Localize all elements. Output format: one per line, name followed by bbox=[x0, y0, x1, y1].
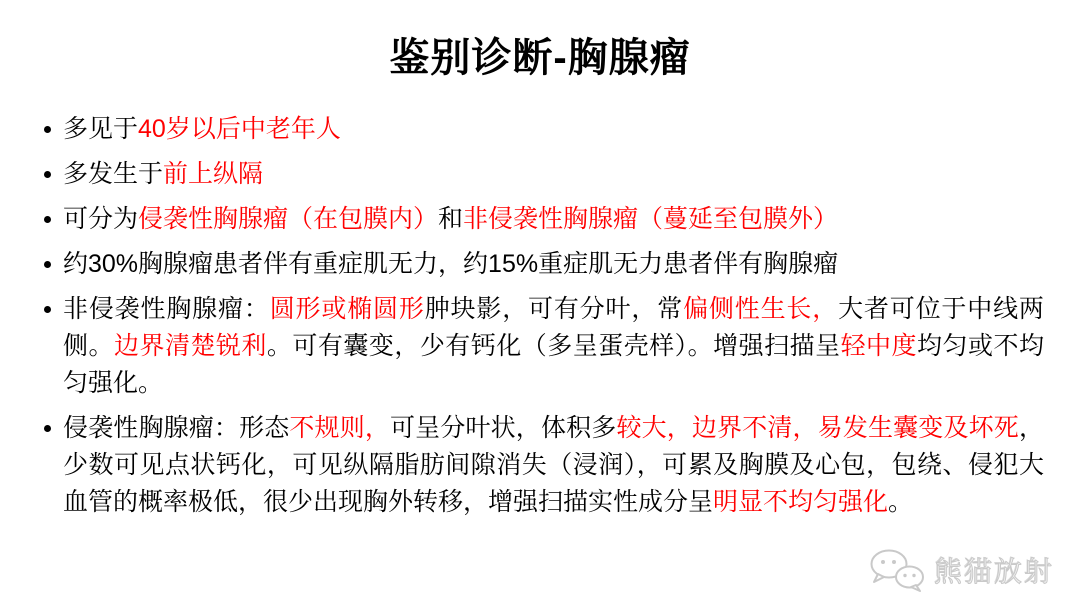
bullet-item: 约30%胸腺瘤患者伴有重症肌无力，约15%重症肌无力患者伴有胸腺瘤 bbox=[42, 246, 1044, 283]
text-run: 可呈分叶状，体积多 bbox=[390, 414, 616, 442]
text-run: 多见于 bbox=[63, 115, 138, 143]
watermark-label: 熊猫放射 bbox=[934, 550, 1054, 590]
text-run: 较大，边界不清，易发生囊变及坏死 bbox=[616, 414, 1019, 442]
bullet-item: 多见于40岁以后中老年人 bbox=[42, 111, 1044, 148]
bullet-item: 侵袭性胸腺瘤：形态不规则，可呈分叶状，体积多较大，边界不清，易发生囊变及坏死，少… bbox=[42, 410, 1044, 521]
text-run: 多发生于 bbox=[63, 160, 163, 188]
text-run: 明显不均匀强化 bbox=[713, 488, 888, 516]
text-run: 。可有囊变，少有钙化（多呈蛋壳样）。增强扫描呈 bbox=[267, 332, 841, 360]
text-run: 侵袭性胸腺瘤（在包膜内） bbox=[138, 205, 438, 233]
watermark: 熊猫放射 bbox=[868, 548, 1054, 592]
text-run: 圆形或椭圆形 bbox=[270, 295, 425, 323]
bullet-list: 多见于40岁以后中老年人多发生于前上纵隔可分为侵袭性胸腺瘤（在包膜内）和非侵袭性… bbox=[42, 111, 1044, 521]
text-run: 非侵袭性胸腺瘤： bbox=[63, 295, 270, 323]
text-run: 约30%胸腺瘤患者伴有重症肌无力，约15%重症肌无力患者伴有胸腺瘤 bbox=[63, 250, 838, 278]
slide: 鉴别诊断-胸腺瘤 多见于40岁以后中老年人多发生于前上纵隔可分为侵袭性胸腺瘤（在… bbox=[0, 0, 1080, 608]
text-run: 偏侧性生长， bbox=[683, 295, 838, 323]
bullet-item: 多发生于前上纵隔 bbox=[42, 156, 1044, 193]
text-run: 侵袭性胸腺瘤：形态 bbox=[63, 414, 289, 442]
text-run: 不规则， bbox=[289, 414, 390, 442]
text-run: 肿块影，可有分叶，常 bbox=[425, 295, 683, 323]
text-run: 可分为 bbox=[63, 205, 138, 233]
text-run: 前上纵隔 bbox=[163, 160, 263, 188]
text-run: 边界清楚锐利 bbox=[114, 332, 267, 360]
text-run: 和 bbox=[438, 205, 463, 233]
text-run: 。 bbox=[888, 488, 913, 516]
wechat-icon bbox=[868, 548, 926, 592]
text-run: 40岁以后中老年人 bbox=[138, 115, 341, 143]
text-run: 轻中度 bbox=[841, 332, 917, 360]
bullet-item: 非侵袭性胸腺瘤：圆形或椭圆形肿块影，可有分叶，常偏侧性生长，大者可位于中线两侧。… bbox=[42, 291, 1044, 402]
page-title: 鉴别诊断-胸腺瘤 bbox=[0, 0, 1080, 83]
bullet-item: 可分为侵袭性胸腺瘤（在包膜内）和非侵袭性胸腺瘤（蔓延至包膜外） bbox=[42, 201, 1044, 238]
text-run: 非侵袭性胸腺瘤（蔓延至包膜外） bbox=[463, 205, 838, 233]
